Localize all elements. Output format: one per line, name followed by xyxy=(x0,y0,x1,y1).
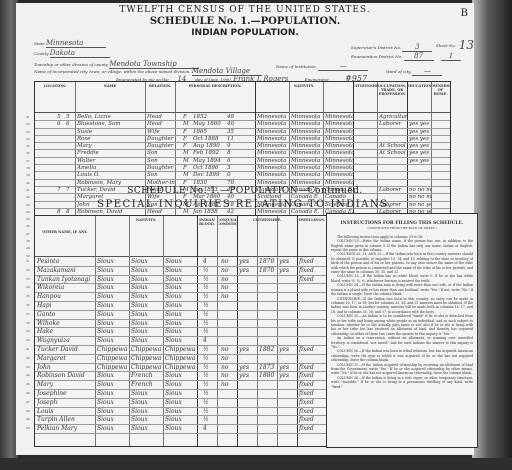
special-inquiries-title: SPECIAL INQUIRIES RELATING TO INDIANS. xyxy=(16,199,474,210)
col-education: EDUCATION. xyxy=(407,82,432,112)
col-citizenship2: CITIZENSHIP. xyxy=(237,216,298,256)
cell-other-name: Robinson David xyxy=(37,372,95,379)
cell-sex: M xyxy=(183,158,189,164)
cell-dwelling: fixed xyxy=(299,276,327,283)
cell-blood: ½ xyxy=(203,320,215,327)
cell-name: Amelia xyxy=(77,165,145,171)
cell-tribe: Sioux xyxy=(97,311,129,318)
cell-birthplace: Minnesota xyxy=(257,114,289,120)
cell-mother-tribe: Sioux xyxy=(165,267,197,274)
cell-line: 35 xyxy=(26,143,34,149)
table-row: 35MaryDaughterFAug 18909MinnesotaMinneso… xyxy=(35,143,450,150)
cell-birth: Aug 1890 xyxy=(193,143,223,149)
col-tribe-nativity: NATIVITY. xyxy=(95,216,198,256)
cell-line: 47 xyxy=(26,231,34,237)
cell-line: 41 xyxy=(26,346,34,353)
cell-tribe: Sioux xyxy=(97,302,129,309)
enumeration-field: Enumeration District No. 87 xyxy=(351,52,434,61)
cell-citizen: yes xyxy=(279,346,297,353)
cell-sex: F xyxy=(183,129,189,135)
cell-age: 0 xyxy=(227,172,239,178)
cell-father-tribe: Sioux xyxy=(131,408,163,415)
cell-line: 37 xyxy=(26,311,34,318)
cell-poly: no xyxy=(221,364,237,371)
col-citizenship: CITIZENSHIP. xyxy=(353,82,378,112)
supervisor-value: 3 xyxy=(402,43,432,52)
instruction-p7: An Indian on a reservation, without an a… xyxy=(331,336,473,349)
table-row: 37GantoSiouxSiouxSioux½ xyxy=(35,311,327,320)
cell-father-tribe: Sioux xyxy=(131,390,163,397)
table-row: 47JosephSiouxSiouxSioux½fixed xyxy=(35,399,327,408)
cell-line: 48 xyxy=(26,238,34,244)
cell-occupation: Agriculturist xyxy=(379,114,407,120)
col-dwellings: DWELLINGS. xyxy=(297,216,327,256)
cell-blood: ½ xyxy=(203,408,215,415)
cell-father-bp: Minnesota xyxy=(291,129,323,135)
table-row: 43JohnChippewaChippewaChippewa½noyes1873… xyxy=(35,364,327,373)
cell-other-name: Ganto xyxy=(37,311,95,318)
cell-dwelling: fixed xyxy=(299,416,327,423)
cell-blood: ½ xyxy=(203,346,215,353)
cell-occupation: Laborer xyxy=(379,121,407,127)
cell-blood: ½ xyxy=(203,381,215,388)
cell-mother-tribe: Chippewa xyxy=(165,364,197,371)
cell-birthplace: Minnesota xyxy=(257,150,289,156)
cell-tribe: Sioux xyxy=(97,328,129,335)
cell-line: 39 xyxy=(26,172,34,178)
cell-father-tribe: Chippewa xyxy=(131,346,163,353)
census-page: TWELFTH CENSUS OF THE UNITED STATES. SCH… xyxy=(16,3,474,455)
table-row: 34WikoreiaSiouxSiouxSioux½no xyxy=(35,284,327,293)
instruction-p4: COLUMN 34.—If the Indian man is living w… xyxy=(331,283,473,296)
instruction-p9: COLUMN 37.—If the Indian acquired citize… xyxy=(331,363,473,376)
cell-father-tribe: Sioux xyxy=(131,337,163,344)
schedule-title: SCHEDULE No. 1.—POPULATION. xyxy=(16,16,474,27)
cell-name: Rose xyxy=(77,136,145,142)
col-name: NAME xyxy=(75,82,146,112)
cell-relation: Daughter xyxy=(147,136,175,142)
cell-line: 45 xyxy=(26,381,34,388)
cell-line: 48 xyxy=(26,408,34,415)
cell-poly: no xyxy=(221,372,237,379)
cell-blood: ½ xyxy=(203,267,215,274)
cell-blood: ½ xyxy=(203,372,215,379)
cell-birth: Feb 1892 xyxy=(193,150,223,156)
cell-dwelling: fixed xyxy=(299,258,327,265)
col-personal: PERSONAL DESCRIPTION. xyxy=(175,82,256,112)
cell-blood: ½ xyxy=(203,328,215,335)
cell-tribe: Sioux xyxy=(97,258,129,265)
table-row: 33SusieWifeF186535MinnesotaMinnesotaMinn… xyxy=(35,129,450,136)
table-row: 32MazakamaniSiouxSiouxSioux½noyes1870yes… xyxy=(35,267,327,276)
cell-dwelling: fixed xyxy=(299,364,327,371)
col-relation: RELATION. xyxy=(145,82,176,112)
sheet-stamp: 13 xyxy=(459,38,474,52)
cell-blood: ½ xyxy=(203,399,215,406)
table-row: 42MargaretChippewaChippewaChippewa½no xyxy=(35,355,327,364)
cell-other-name: Pelkian Mary xyxy=(37,425,95,432)
cell-dwelling: 6 xyxy=(57,121,65,127)
cell-age: 6 xyxy=(227,158,239,164)
state-value: Minnesota xyxy=(46,39,106,48)
cell-other-name: Mary xyxy=(37,381,95,388)
cell-other-name: Pesinta xyxy=(37,258,95,265)
cell-father-tribe: Sioux xyxy=(131,311,163,318)
cell-other-name: Hapi xyxy=(37,302,95,309)
cell-age: 35 xyxy=(227,129,239,135)
county-field: County Dakota xyxy=(34,49,110,58)
cell-birthplace: Minnesota xyxy=(257,136,289,142)
cell-mother-tribe: Sioux xyxy=(165,372,197,379)
table-row: 31PesintaSiouxSiouxSioux4noyes1870yesfix… xyxy=(35,258,327,267)
cell-name: Louis O. xyxy=(77,172,145,178)
cell-edu: yes yes yes xyxy=(409,129,431,135)
cell-tribe: Sioux xyxy=(97,320,129,327)
cell-father-tribe: Sioux xyxy=(131,293,163,300)
cell-poly: no xyxy=(221,258,237,265)
cell-mother-tribe: Sioux xyxy=(165,337,197,344)
cell-line: 47 xyxy=(26,399,34,406)
cell-other-name: Wagnyuiza xyxy=(37,337,95,344)
cell-line: 50 xyxy=(26,425,34,432)
cell-tribe: Sioux xyxy=(97,267,129,274)
cell-edu: yes yes yes xyxy=(409,158,431,164)
cell-father-bp: Minnesota xyxy=(291,158,323,164)
col-conjugal: CONJUGAL CONDITION. xyxy=(217,216,238,256)
cell-family: 6 xyxy=(66,121,74,127)
col-blood: INDIAN BLOOD. xyxy=(197,216,218,256)
cell-taxed: yes xyxy=(239,346,257,353)
cell-tribe: Sioux xyxy=(97,293,129,300)
instruction-p2: COLUMNS 30, 31, AND 32.—If the Indian wa… xyxy=(331,252,473,274)
cell-taxed: yes xyxy=(239,267,257,274)
cell-line: 34 xyxy=(26,284,34,291)
col-ownership: OWNERSHIP OF HOME. xyxy=(431,82,450,112)
col-occupation: OCCUPATION, TRADE, OR PROFESSION xyxy=(377,82,408,112)
cell-mother-bp: Minnesota xyxy=(325,129,353,135)
cell-mother-bp: Minnesota xyxy=(325,165,353,171)
table-row: 40WagnyuizaSiouxSiouxSioux4 xyxy=(35,337,327,346)
cell-mother-bp: Minnesota xyxy=(325,172,353,178)
table-row: 3266Bluestone, SamHeadMMay 186040Minneso… xyxy=(35,121,450,128)
indian-inquiries-table: OTHER NAME, IF ANY. NATIVITY. INDIAN BLO… xyxy=(34,215,328,447)
table-row: 37WalterSonMMay 18946MinnesotaMinnesotaM… xyxy=(35,158,450,165)
table-row: 34RoseDaughterFOct 188811MinnesotaMinnes… xyxy=(35,136,450,143)
cell-father-bp: Minnesota xyxy=(291,143,323,149)
cell-mother-tribe: Sioux xyxy=(165,284,197,291)
cell-occupation: At School xyxy=(379,143,407,149)
cell-line: 40 xyxy=(26,180,34,186)
cell-mother-bp: Minnesota xyxy=(325,114,353,120)
cell-citizen: yes xyxy=(279,258,297,265)
table-row: 36HapiSiouxSiouxSioux½ xyxy=(35,302,327,311)
cell-mother-tribe: Sioux xyxy=(165,302,197,309)
cell-mother-tribe: Sioux xyxy=(165,416,197,423)
cell-tribe: Sioux xyxy=(97,408,129,415)
table-row: 46JosephineSiouxSiouxSioux½fixed xyxy=(35,390,327,399)
cell-line: 31 xyxy=(26,258,34,265)
cell-line: 32 xyxy=(26,267,34,274)
cell-father-tribe: Chippewa xyxy=(131,364,163,371)
instruction-p3: COLUMN 33.—If the Indian has no white bl… xyxy=(331,274,473,283)
cell-line: 37 xyxy=(26,158,34,164)
cell-dwelling: fixed xyxy=(299,425,327,432)
cell-line: 38 xyxy=(26,165,34,171)
cell-sex: F xyxy=(183,114,189,120)
cell-blood: ½ xyxy=(203,390,215,397)
table-row: 39Louis O.SonMDec 18990MinnesotaMinnesot… xyxy=(35,172,450,179)
cell-sex: F xyxy=(183,136,189,142)
cell-mother-bp: Minnesota xyxy=(325,143,353,149)
cell-blood: 4 xyxy=(203,258,215,265)
indian-inquiry-rows: 31PesintaSiouxSiouxSioux4noyes1870yesfix… xyxy=(35,258,327,434)
cell-taxed: yes xyxy=(239,364,257,371)
table-row: 50Pelkian MarySiouxSiouxSioux4fixed xyxy=(35,425,327,434)
cell-age: 40 xyxy=(227,121,239,127)
instruction-p8: COLUMN 36.—If the Indian was born in tri… xyxy=(331,349,473,362)
cell-dwelling: fixed xyxy=(299,399,327,406)
table-row: 36FreddieSonMFeb 18928MinnesotaMinnesota… xyxy=(35,150,450,157)
col-nativity: NATIVITY. xyxy=(255,82,354,112)
cell-relation: Mother-in-law xyxy=(147,180,175,186)
cell-year: 1880 xyxy=(259,372,277,379)
corner-letter: B xyxy=(461,8,468,19)
instruction-p5: CITIZENSHIP.—If the Indian was born in t… xyxy=(331,297,473,315)
supervisor-field: Supervisor's District No. 3 xyxy=(351,43,432,52)
cell-dwelling: fixed xyxy=(299,267,327,274)
cell-tribe: Sioux xyxy=(97,284,129,291)
institution-field: Name of Institution, — xyxy=(276,62,368,71)
ward-field: Ward of city, — xyxy=(386,67,442,76)
cell-line: 49 xyxy=(26,416,34,423)
cell-other-name: Wihoke xyxy=(37,320,95,327)
cell-age: 48 xyxy=(227,114,239,120)
cell-blood: 4 xyxy=(203,337,215,344)
cell-line: 42 xyxy=(26,355,34,362)
cell-birth: May 1894 xyxy=(193,158,223,164)
cell-dwelling: 5 xyxy=(57,114,65,120)
cell-relation: Head xyxy=(147,121,175,127)
cell-other-name: Joseph xyxy=(37,399,95,406)
cell-mother-tribe: Chippewa xyxy=(165,346,197,353)
sheet-field: Sheet No. xyxy=(436,43,456,48)
cell-line: 46 xyxy=(26,390,34,397)
cell-name: Bello, Lizzie xyxy=(77,114,145,120)
cell-mother-tribe: Sioux xyxy=(165,320,197,327)
cell-line: 40 xyxy=(26,337,34,344)
cell-poly: no xyxy=(221,355,237,362)
cell-line: 34 xyxy=(26,136,34,142)
cell-line: 36 xyxy=(26,302,34,309)
cell-father-bp: Minnesota xyxy=(291,165,323,171)
cell-mother-tribe: Sioux xyxy=(165,408,197,415)
cell-relation: Daughter xyxy=(147,165,175,171)
cell-year: 1882 xyxy=(259,346,277,353)
cell-line: 43 xyxy=(26,364,34,371)
table-row: 49Turpin AllenSiouxSiouxSioux½fixed xyxy=(35,416,327,425)
cell-blood: ½ xyxy=(203,293,215,300)
cell-father-tribe: Sioux xyxy=(131,328,163,335)
cell-sex: F xyxy=(183,180,189,186)
cell-relation: Daughter xyxy=(147,143,175,149)
cell-taxed: yes xyxy=(239,258,257,265)
header-divider xyxy=(35,112,450,113)
cell-father-bp: Minnesota xyxy=(291,150,323,156)
table-row: 3155Bello, LizzieHeadF185248MinnesotaMin… xyxy=(35,114,450,121)
cell-father-tribe: Sioux xyxy=(131,320,163,327)
instructions-panel: INSTRUCTIONS FOR FILLING THIS SCHEDULE. … xyxy=(326,213,478,448)
cell-age: 9 xyxy=(227,143,239,149)
institution-value: — xyxy=(318,62,368,71)
scan-edge-right xyxy=(472,0,512,470)
cell-sex: F xyxy=(183,165,189,171)
cell-poly: no xyxy=(221,346,237,353)
cell-tribe: Sioux xyxy=(97,390,129,397)
cell-mother-tribe: Sioux xyxy=(165,399,197,406)
cell-birth: Oct 1896 xyxy=(193,165,223,171)
continued-title: SCHEDULE No. 1.—POPULATION—Continued. xyxy=(16,186,474,196)
scan-edge-bottom xyxy=(0,458,512,470)
table-row: 45MarySiouxFrenchSioux½nofixed xyxy=(35,381,327,390)
col-other-name: OTHER NAME, IF ANY. xyxy=(35,216,96,256)
table-row: 38AmeliaDaughterFOct 18963MinnesotaMinne… xyxy=(35,165,450,172)
cell-father-bp: Minnesota xyxy=(291,180,323,186)
cell-birthplace: Minnesota xyxy=(257,180,289,186)
cell-other-name: John xyxy=(37,364,95,371)
county-value: Dakota xyxy=(50,49,110,58)
cell-year: 1870 xyxy=(259,267,277,274)
cell-mother-tribe: Sioux xyxy=(165,276,197,283)
table-row: 38WihokeSiouxSiouxSioux½ xyxy=(35,320,327,329)
cell-birthplace: Minnesota xyxy=(257,121,289,127)
cell-father-bp: Minnesota xyxy=(291,136,323,142)
table-row: 44Robinson DavidSiouxFrenchSioux½noyes18… xyxy=(35,372,327,381)
cell-year: 1870 xyxy=(259,258,277,265)
cell-other-name: Louis xyxy=(37,408,95,415)
cell-tribe: Sioux xyxy=(97,372,129,379)
cell-father-tribe: Sioux xyxy=(131,267,163,274)
cell-blood: 4 xyxy=(203,425,215,432)
cell-name: Bluestone, Sam xyxy=(77,121,145,127)
cell-line: 36 xyxy=(26,150,34,156)
cell-mother-bp: Minnesota xyxy=(325,150,353,156)
state-field: State Minnesota xyxy=(34,39,106,48)
cell-line: 33 xyxy=(26,129,34,135)
cell-tribe: Sioux xyxy=(97,381,129,388)
cell-relation: Son xyxy=(147,172,175,178)
cell-line: 35 xyxy=(26,293,34,300)
cell-age: 3 xyxy=(227,165,239,171)
cell-blood: ½ xyxy=(203,284,215,291)
cell-father-bp: Minnesota xyxy=(291,172,323,178)
cell-edu: yes yes yes xyxy=(409,121,431,127)
cell-sex: M xyxy=(183,121,189,127)
table-row: 33Tunkan IyotanagiSiouxSiouxSioux½nofixe… xyxy=(35,276,327,285)
cell-tribe: Sioux xyxy=(97,425,129,432)
cell-dwelling: fixed xyxy=(299,408,327,415)
cell-age: 8 xyxy=(227,150,239,156)
cell-father-tribe: Chippewa xyxy=(131,355,163,362)
cell-mother-tribe: Sioux xyxy=(165,328,197,335)
cell-father-bp: Minnesota xyxy=(291,114,323,120)
cell-mother-tribe: Sioux xyxy=(165,390,197,397)
cell-other-name: Turpin Allen xyxy=(37,416,95,423)
cell-blood: ½ xyxy=(203,364,215,371)
cell-tribe: Sioux xyxy=(97,337,129,344)
cell-other-name: Mazakamani xyxy=(37,267,95,274)
cell-occupation: At School xyxy=(379,150,407,156)
cell-citizen: yes xyxy=(279,364,297,371)
cell-blood: ½ xyxy=(203,311,215,318)
cell-poly: no xyxy=(221,293,237,300)
cell-citizen: yes xyxy=(279,372,297,379)
cell-father-tribe: Sioux xyxy=(131,284,163,291)
cell-line: 49 xyxy=(26,245,34,251)
cell-poly: no xyxy=(221,267,237,274)
cell-birthplace: Minnesota xyxy=(257,143,289,149)
cell-line: 33 xyxy=(26,276,34,283)
col-location: LOCATION. xyxy=(35,82,76,112)
cell-father-tribe: Sioux xyxy=(131,258,163,265)
cell-mother-tribe: Sioux xyxy=(165,293,197,300)
cell-dwelling: fixed xyxy=(299,381,327,388)
cell-tribe: Sioux xyxy=(97,416,129,423)
cell-poly: no xyxy=(221,284,237,291)
sheet-value: 1 xyxy=(441,52,461,61)
cell-age: 70 xyxy=(227,180,239,186)
cell-father-tribe: Sioux xyxy=(131,416,163,423)
cell-year: 1873 xyxy=(259,364,277,371)
instruction-p6: COLUMN 35.—An Indian is to be considered… xyxy=(331,314,473,336)
enumeration-value: 87 xyxy=(404,52,434,61)
table-row: 39HakeSiouxSiouxSioux½ xyxy=(35,328,327,337)
cell-father-tribe: French xyxy=(131,381,163,388)
cell-birthplace: Minnesota xyxy=(257,165,289,171)
cell-mother-bp: Minnesota xyxy=(325,158,353,164)
cell-blood: ½ xyxy=(203,302,215,309)
cell-dwelling: fixed xyxy=(299,390,327,397)
cell-name: Robinson, Mary xyxy=(77,180,145,186)
cell-other-name: Hake xyxy=(37,328,95,335)
cell-father-tribe: French xyxy=(131,372,163,379)
table-row: 35HanpouSiouxSiouxSioux½no xyxy=(35,293,327,302)
cell-family: 5 xyxy=(66,114,74,120)
cell-relation: Son xyxy=(147,150,175,156)
cell-mother-tribe: Sioux xyxy=(165,311,197,318)
cell-birth: 1830 xyxy=(193,180,223,186)
cell-father-tribe: Sioux xyxy=(131,399,163,406)
cell-name: Mary xyxy=(77,143,145,149)
sheet-value-field: 1 xyxy=(441,52,461,61)
table-row: 48LouisSiouxSiouxSioux½fixed xyxy=(35,408,327,417)
cell-dwelling: fixed xyxy=(299,372,327,379)
cell-father-bp: Minnesota xyxy=(291,121,323,127)
cell-relation: Wife xyxy=(147,129,175,135)
cell-other-name: Tucker David xyxy=(37,346,95,353)
cell-other-name: Hanpou xyxy=(37,293,95,300)
cell-other-name: Tunkan Iyotanagi xyxy=(37,276,95,283)
cell-birthplace: Minnesota xyxy=(257,172,289,178)
cell-tribe: Chippewa xyxy=(97,364,129,371)
census-title: TWELFTH CENSUS OF THE UNITED STATES. xyxy=(16,5,474,15)
cell-edu: yes yes yes xyxy=(409,136,431,142)
cell-blood: ½ xyxy=(203,276,215,283)
ward-value: — xyxy=(412,67,442,76)
cell-other-name: Margaret xyxy=(37,355,95,362)
cell-poly: no xyxy=(221,276,237,283)
cell-name: Susie xyxy=(77,129,145,135)
cell-line: 46 xyxy=(26,223,34,229)
